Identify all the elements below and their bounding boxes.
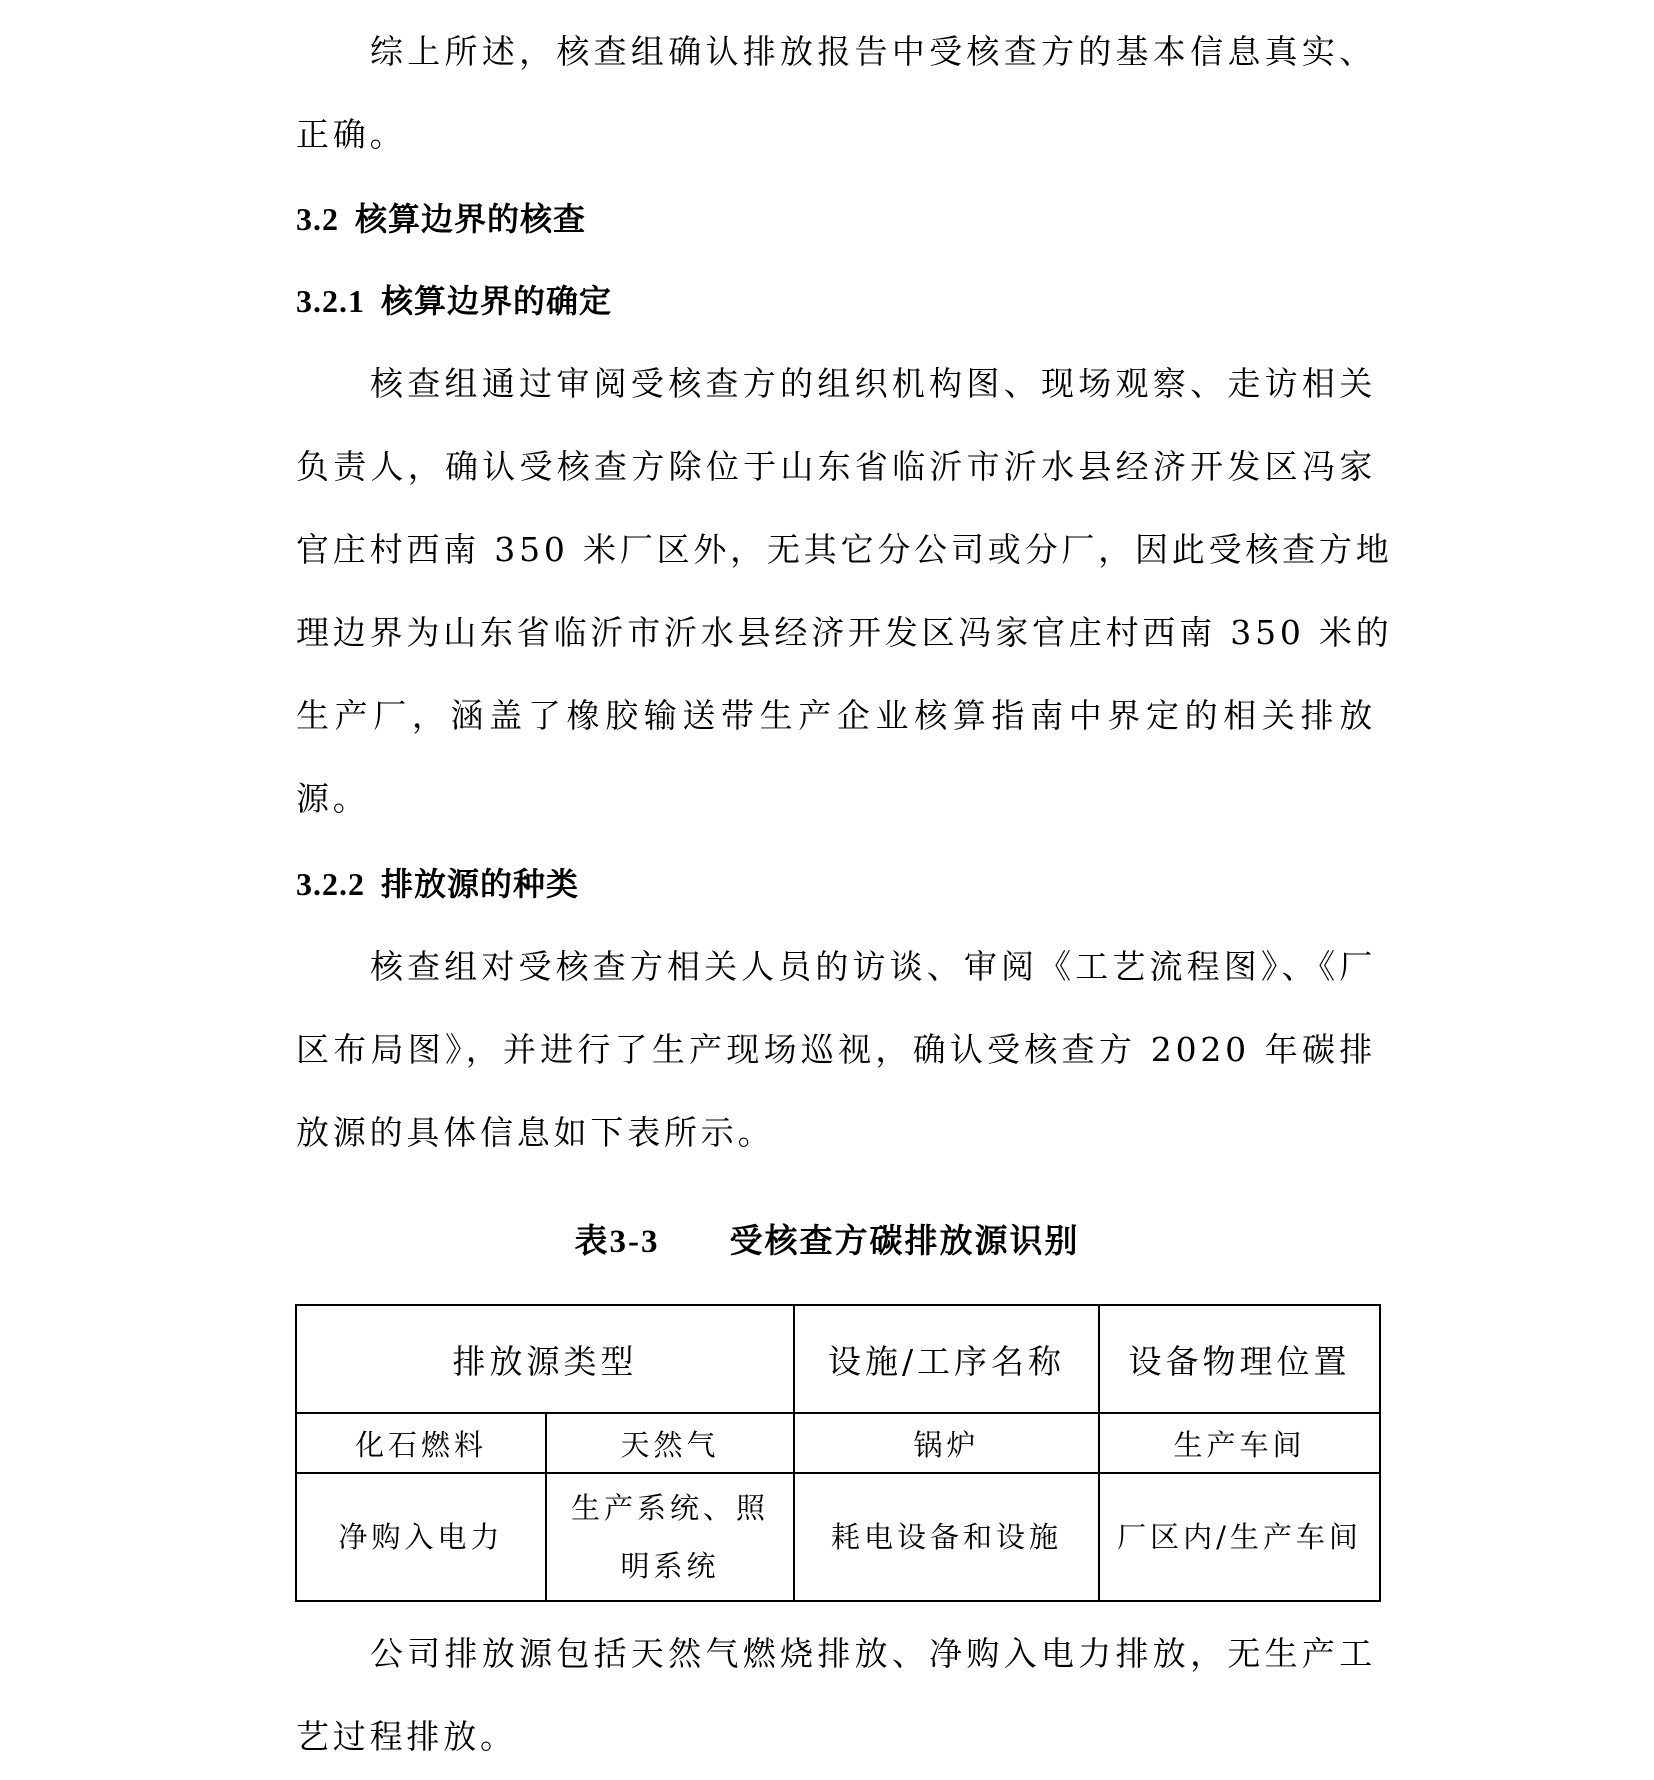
section-heading-3-2-1: 3.2.1核算边界的确定 bbox=[296, 281, 612, 321]
table-cell: 生产系统、照明系统 bbox=[546, 1473, 794, 1601]
heading-number: 3.2.2 bbox=[296, 866, 365, 902]
paragraph-sources-line-1: 核查组对受核查方相关人员的访谈、审阅《工艺流程图》、《厂 bbox=[370, 947, 1376, 987]
paragraph-sources-line-2: 区布局图》，并进行了生产现场巡视，确认受核查方 2020 年碳排 bbox=[296, 1030, 1376, 1070]
heading-number: 3.2 bbox=[296, 201, 339, 237]
table-cell: 净购入电力 bbox=[296, 1473, 546, 1601]
table-cell: 锅炉 bbox=[794, 1413, 1099, 1473]
table-header-cell: 设备物理位置 bbox=[1099, 1305, 1380, 1413]
table-cell: 化石燃料 bbox=[296, 1413, 546, 1473]
paragraph-summary-line-2: 正确。 bbox=[296, 115, 1376, 155]
paragraph-boundary-line-2: 负责人，确认受核查方除位于山东省临沂市沂水县经济开发区冯家 bbox=[296, 447, 1376, 487]
heading-title: 核算边界的确定 bbox=[381, 283, 612, 319]
paragraph-boundary-line-3: 官庄村西南 350 米厂区外，无其它分公司或分厂，因此受核查方地 bbox=[296, 530, 1376, 570]
paragraph-boundary-line-1: 核查组通过审阅受核查方的组织机构图、现场观察、走访相关 bbox=[370, 364, 1376, 404]
table-header-cell: 排放源类型 bbox=[296, 1305, 794, 1413]
table-caption-title: 受核查方碳排放源识别 bbox=[730, 1224, 1080, 1260]
paragraph-boundary-line-5: 生产厂，涵盖了橡胶输送带生产企业核算指南中界定的相关排放 bbox=[296, 696, 1376, 736]
paragraph-boundary-line-6: 源。 bbox=[296, 779, 1376, 819]
table-header-row: 排放源类型 设施/工序名称 设备物理位置 bbox=[296, 1305, 1380, 1413]
paragraph-conclusion-line-1: 公司排放源包括天然气燃烧排放、净购入电力排放，无生产工 bbox=[370, 1634, 1376, 1674]
table-cell: 厂区内/生产车间 bbox=[1099, 1473, 1380, 1601]
heading-title: 核算边界的核查 bbox=[355, 201, 586, 237]
heading-title: 排放源的种类 bbox=[381, 866, 579, 902]
table-row: 净购入电力 生产系统、照明系统 耗电设备和设施 厂区内/生产车间 bbox=[296, 1473, 1380, 1601]
paragraph-conclusion-line-2: 艺过程排放。 bbox=[296, 1717, 1376, 1757]
emission-source-table: 排放源类型 设施/工序名称 设备物理位置 化石燃料 天然气 锅炉 生产车间 净购… bbox=[295, 1304, 1381, 1602]
section-heading-3-2: 3.2核算边界的核查 bbox=[296, 199, 586, 239]
paragraph-summary-line-1: 综上所述，核查组确认排放报告中受核查方的基本信息真实、 bbox=[370, 32, 1376, 72]
section-heading-3-2-2: 3.2.2排放源的种类 bbox=[296, 864, 579, 904]
table-caption-number: 表3-3 bbox=[575, 1224, 660, 1260]
table-caption: 表3-3受核查方碳排放源识别 bbox=[0, 1222, 1654, 1262]
table-row: 化石燃料 天然气 锅炉 生产车间 bbox=[296, 1413, 1380, 1473]
table-cell: 耗电设备和设施 bbox=[794, 1473, 1099, 1601]
table-cell: 天然气 bbox=[546, 1413, 794, 1473]
table-cell-text: 生产系统、照明系统 bbox=[565, 1479, 775, 1595]
table-cell: 生产车间 bbox=[1099, 1413, 1380, 1473]
heading-number: 3.2.1 bbox=[296, 283, 365, 319]
paragraph-sources-line-3: 放源的具体信息如下表所示。 bbox=[296, 1113, 1376, 1153]
document-page: 综上所述，核查组确认排放报告中受核查方的基本信息真实、 正确。 3.2核算边界的… bbox=[0, 0, 1654, 1780]
paragraph-boundary-line-4: 理边界为山东省临沂市沂水县经济开发区冯家官庄村西南 350 米的 bbox=[296, 613, 1376, 653]
table-header-cell: 设施/工序名称 bbox=[794, 1305, 1099, 1413]
